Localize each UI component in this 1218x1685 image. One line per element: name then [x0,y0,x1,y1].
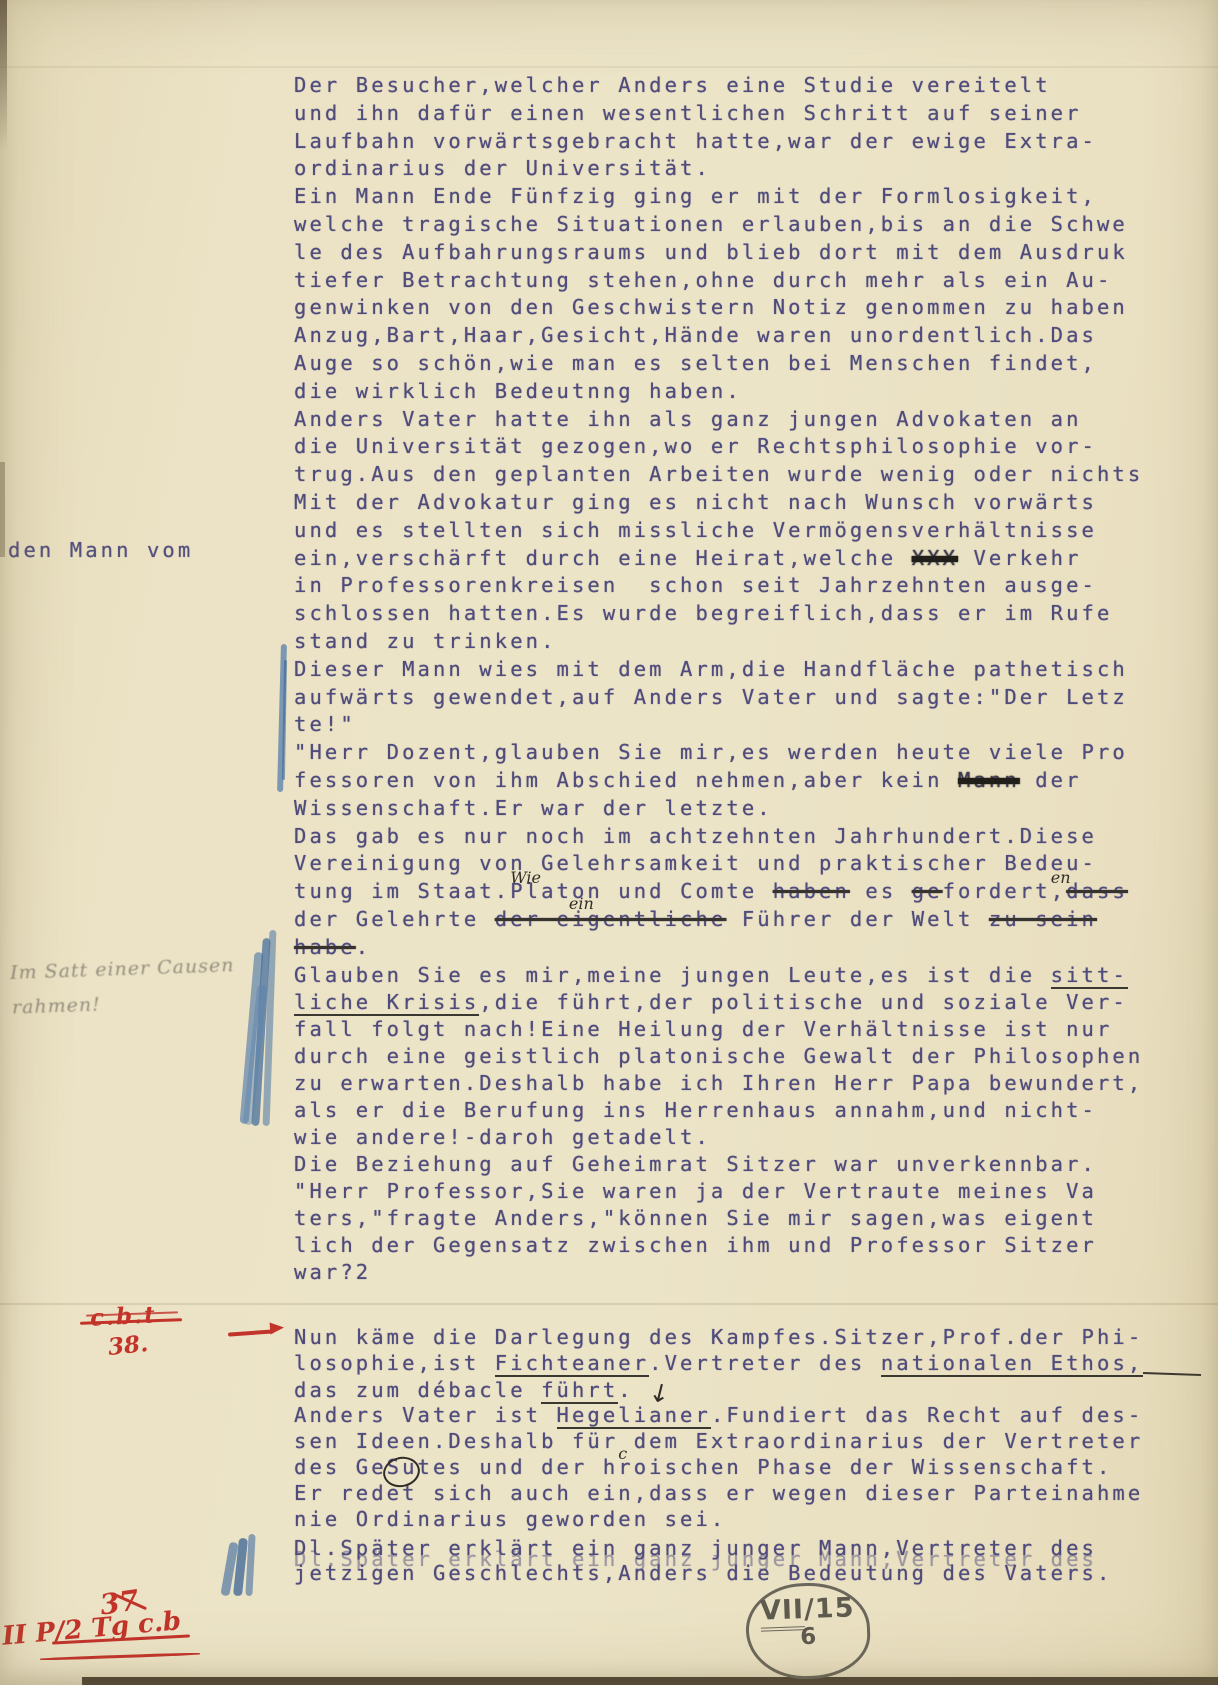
typed-text: jetzigen Geschlechts,Anders die Bedeutun… [294,1561,1112,1585]
typed-text: lich der Gegensatz zwischen ihm und Prof… [294,1233,1097,1257]
pen-strikethrough-text: dass [1066,879,1128,903]
typed-text: ein,verschärft durch eine Heirat,welche [294,546,912,570]
typed-text: die Universität gezogen,wo er Rechtsphil… [294,434,1097,458]
pen-strikethrough-text: der eigentlicheein [495,907,727,931]
typed-line-overlap-2: jetzigen Geschlechts,Anders die Bedeutun… [294,1561,1174,1585]
typed-text: nie Ordinarius geworden sei. [294,1507,726,1531]
typed-text: Vereinigung von Gelehrsamkeit und prakti… [294,851,1097,875]
typed-line: die wirklich Bedeutnng haben. [294,378,1174,406]
typed-text: der Gelehrte [294,907,495,931]
typed-text: Anzug,Bart,Haar,Gesicht,Hände waren unor… [294,323,1097,347]
red-arrow-shaft [228,1329,274,1336]
red-signature-prefix: II P/ [1,1616,66,1651]
typed-text: sen Ideen.Deshalb für dem Extraordinariu… [294,1429,1143,1453]
typed-line: und es stellten sich missliche Vermögens… [294,517,1174,545]
typed-text: . [356,935,371,959]
typed-text: fessoren von ihm Abschied nehmen,aber ke… [294,768,958,792]
typed-line: Anzug,Bart,Haar,Gesicht,Hände waren unor… [294,322,1174,350]
typed-line: Er redet sich auch ein,dass er wegen die… [294,1480,1174,1506]
typed-text: und es stellten sich missliche Vermögens… [294,518,1097,542]
pen-strikethrough-text: habe [294,935,356,959]
typed-line: ordinarius der Universität. [294,155,1174,183]
hand-underlined-text: Fichteaner [495,1351,649,1377]
typed-line: liche Krisis,die führt,der politische un… [294,989,1174,1016]
typed-line: Auge so schön,wie man es selten bei Mens… [294,350,1174,378]
typed-line: wie andere!-daroh getadelt. [294,1124,1174,1151]
typed-line: das zum débacle führt. ↓ [294,1376,1174,1402]
typed-text: Wissenschaft.Er war der letzte. [294,796,773,820]
typed-text: es [850,879,912,903]
typed-text: "Herr Dozent,glauben Sie mir,es werden h… [294,740,1128,764]
typed-text: als er die Berufung ins Herrenhaus annah… [294,1098,1097,1122]
typed-line: die Universität gezogen,wo er Rechtsphil… [294,433,1174,461]
typed-text: tes und der h [418,1455,619,1479]
typed-line: Mit der Advokatur ging es nicht nach Wun… [294,489,1174,517]
underline-extension [1143,1372,1201,1376]
typed-text: tiefer Betrachtung stehen,ohne durch meh… [294,268,1112,292]
typed-line: der Gelehrte der eigentlicheein Führer d… [294,906,1174,934]
scan-edge-bottom [82,1677,1218,1685]
pen-strikethrough-text: zu sein [989,907,1097,931]
pen-strikethrough-text: haben [773,879,850,903]
typed-line: ters,"fragte Anders,"können Sie mir sage… [294,1205,1174,1232]
typed-line: sen Ideen.Deshalb für dem Extraordinariu… [294,1428,1174,1454]
typed-line: "Herr Dozent,glauben Sie mir,es werden h… [294,739,1174,767]
typed-text: Anders Vater ist [294,1403,557,1427]
typed-line: genwinken von den Geschwistern Notiz gen… [294,294,1174,322]
typed-text: Mit der Advokatur ging es nicht nach Wun… [294,490,1097,514]
pen-strikethrough-text: ge [912,879,943,903]
typed-line: "Herr Professor,Sie waren ja der Vertrau… [294,1178,1174,1205]
typed-text: le des Aufbahrungsraums und blieb dort m… [294,240,1128,264]
typed-text: ordinarius der Universität. [294,156,711,180]
manuscript-page: Der Besucher,welcher Anders eine Studie … [0,0,1218,1685]
typed-line: durch eine geistlich platonische Gewalt … [294,1043,1174,1070]
typed-text: genwinken von den Geschwistern Notiz gen… [294,295,1128,319]
typed-line: Glauben Sie es mir,meine jungen Leute,es… [294,962,1174,989]
typed-text: Verkehr [958,546,1082,570]
typed-text: Anders Vater hatte ihn als ganz jungen A… [294,407,1082,431]
typed-text: Führer der Welt [726,907,989,931]
typed-text: des Ge [294,1455,387,1479]
typed-text: war?2 [294,1260,371,1284]
red-signature-underline [40,1652,200,1660]
typed-text: fall folgt nach!Eine Heilung der Verhält… [294,1017,1112,1041]
hand-underlined-text: Hegelianer [557,1403,711,1429]
typed-text: zu erwarten.Deshalb habe ich Ihren Herr … [294,1071,1143,1095]
typed-line: tiefer Betrachtung stehen,ohne durch meh… [294,267,1174,295]
typed-line: in Professorenkreisen schon seit Jahrzeh… [294,572,1174,600]
margin-typed-note: den Mann vom [8,538,193,562]
red-signature: II P/2 Tg c.b [1,1606,182,1652]
margin-pencil-note-line2: rahmen! [12,993,101,1018]
typed-line: zu erwarten.Deshalb habe ich Ihren Herr … [294,1070,1174,1097]
typed-line: habe. [294,934,1174,962]
typed-line: Nun käme die Darlegung des Kampfes.Sitze… [294,1324,1174,1350]
typed-text: tung im Staat. [294,879,510,903]
typed-line: und ihn dafür einen wesentlichen Schritt… [294,100,1174,128]
typed-line: war?2 [294,1259,1174,1286]
typed-line: Der Besucher,welcher Anders eine Studie … [294,72,1174,100]
typed-line: trug.Aus den geplanten Arbeiten wurde we… [294,461,1174,489]
typed-line: Anders Vater hatte ihn als ganz jungen A… [294,406,1174,434]
hand-underlined-text: nationalen Ethos, [881,1351,1144,1377]
typed-line: Anders Vater ist Hegelianer.Fundiert das… [294,1402,1174,1428]
typed-line: fessoren von ihm Abschied nehmen,aber ke… [294,767,1174,795]
typed-line: lich der Gegensatz zwischen ihm und Prof… [294,1232,1174,1259]
paper-crease-middle [0,1303,1218,1305]
typed-line: des GeSutes und der hcroischen Phase der… [294,1454,1174,1480]
pen-heavy-strikethrough-text: Mann [958,768,1020,792]
typed-text: stand zu trinken. [294,629,557,653]
typed-line: le des Aufbahrungsraums und blieb dort m… [294,239,1174,267]
typed-text: Glauben Sie es mir,meine jungen Leute,es… [294,963,1051,987]
hand-underlined-text: liche Krisis [294,990,479,1016]
typed-line: tung im Staat.WiePlaton und Comte haben … [294,878,1174,906]
typed-line: Wissenschaft.Er war der letzte. [294,795,1174,823]
typed-text: Das gab es nur noch im achtzehnten Jahrh… [294,824,1097,848]
pen-heavy-strikethrough-text: XXX [912,546,958,570]
typed-text: welche tragische Situationen erlauben,bi… [294,212,1128,236]
typed-text: . [618,1378,649,1402]
typed-line: welche tragische Situationen erlauben,bi… [294,211,1174,239]
scan-edge-left-top [0,0,7,150]
typed-text: die wirklich Bedeutnng haben. [294,379,742,403]
typed-text: der [1020,768,1082,792]
typed-text: Nun käme die Darlegung des Kampfes.Sitze… [294,1325,1143,1349]
typed-text: fordert [943,879,1051,903]
typed-line: te!" [294,711,1174,739]
typed-text: te!" [294,712,356,736]
typed-text: Der Besucher,welcher Anders eine Studie … [294,73,1051,97]
typed-line: schlossen hatten.Es wurde begreiflich,da… [294,600,1174,628]
typed-text: Er redet sich auch ein,dass er wegen die… [294,1481,1143,1505]
typed-line: Die Beziehung auf Geheimrat Sitzer war u… [294,1151,1174,1178]
typed-text: ters,"fragte Anders,"können Sie mir sage… [294,1206,1097,1230]
typed-text: das zum débacle [294,1378,541,1402]
stamp-fraction: VII/15 [760,1592,855,1626]
red-number: 38. [107,1330,150,1361]
typed-text: Ein Mann Ende Fünfzig ging er mit der Fo… [294,184,1097,208]
typed-line: Dieser Mann wies mit dem Arm,die Handflä… [294,656,1174,684]
red-code-struck: c.b.t [89,1301,157,1331]
typed-line: Das gab es nur noch im achtzehnten Jahrh… [294,823,1174,851]
typed-text-block-1: Der Besucher,welcher Anders eine Studie … [294,72,1174,962]
typed-text-block-2: Glauben Sie es mir,meine jungen Leute,es… [294,962,1174,1286]
typed-line: nie Ordinarius geworden sei. [294,1506,1174,1532]
typed-text: wie andere!-daroh getadelt. [294,1125,711,1149]
typed-text: aufwärts gewendet,auf Anders Vater und s… [294,685,1128,709]
typed-text: .Vertreter des [649,1351,881,1375]
stamp-slash-number: /15 [803,1592,854,1625]
pen-loop-correction: Su [387,1455,418,1479]
typed-text: roischen Phase der Wissenschaft. [618,1455,1112,1479]
typed-text: .Fundiert das Recht auf des- [711,1403,1143,1427]
red-arrow-head [270,1322,285,1335]
typed-line: fall folgt nach!Eine Heilung der Verhält… [294,1016,1174,1043]
typed-text: "Herr Professor,Sie waren ja der Vertrau… [294,1179,1097,1203]
typed-text: durch eine geistlich platonische Gewalt … [294,1044,1143,1068]
typed-text: Die Beziehung auf Geheimrat Sitzer war u… [294,1152,1097,1176]
paper-crease-top [0,66,1218,68]
typed-text: in Professorenkreisen schon seit Jahrzeh… [294,573,1097,597]
typed-text: Laufbahn vorwärtsgebracht hatte,war der … [294,129,1097,153]
page-stamp-circle: VII/15 6 [744,1581,871,1681]
hand-underlined-text: führt [541,1378,618,1404]
typed-line: Laufbahn vorwärtsgebracht hatte,war der … [294,128,1174,156]
margin-pencil-note-line1: Im Satt einer Causen [10,954,235,984]
typed-line: Ein Mann Ende Fünfzig ging er mit der Fo… [294,183,1174,211]
scan-edge-left-mid [0,462,5,557]
typed-line: Vereinigung von Gelehrsamkeit und prakti… [294,850,1174,878]
typed-line: losophie,ist Fichteaner.Vertreter des na… [294,1350,1174,1376]
typed-text-block-3: Nun käme die Darlegung des Kampfes.Sitze… [294,1324,1174,1532]
typed-line: als er die Berufung ins Herrenhaus annah… [294,1097,1174,1124]
typed-text: Dieser Mann wies mit dem Arm,die Handflä… [294,657,1128,681]
typed-text: losophie,ist [294,1351,495,1375]
typed-line: stand zu trinken. [294,628,1174,656]
typed-text: trug.Aus den geplanten Arbeiten wurde we… [294,462,1143,486]
typed-line: aufwärts gewendet,auf Anders Vater und s… [294,684,1174,712]
typed-text: Auge so schön,wie man es selten bei Mens… [294,351,1097,375]
typed-text: Platon und Comte [510,879,773,903]
stamp-roman-numeral: VII [760,1594,805,1632]
typed-text: ,die führt,der politische und soziale Ve… [479,990,1128,1014]
hand-underlined-text: sitt- [1051,963,1128,989]
handwritten-replacement-word: ein [569,890,594,918]
typed-line: ein,verschärft durch eine Heirat,welche … [294,545,1174,573]
typed-text: und ihn dafür einen wesentlichen Schritt… [294,101,1082,125]
typed-text: schlossen hatten.Es wurde begreiflich,da… [294,601,1112,625]
